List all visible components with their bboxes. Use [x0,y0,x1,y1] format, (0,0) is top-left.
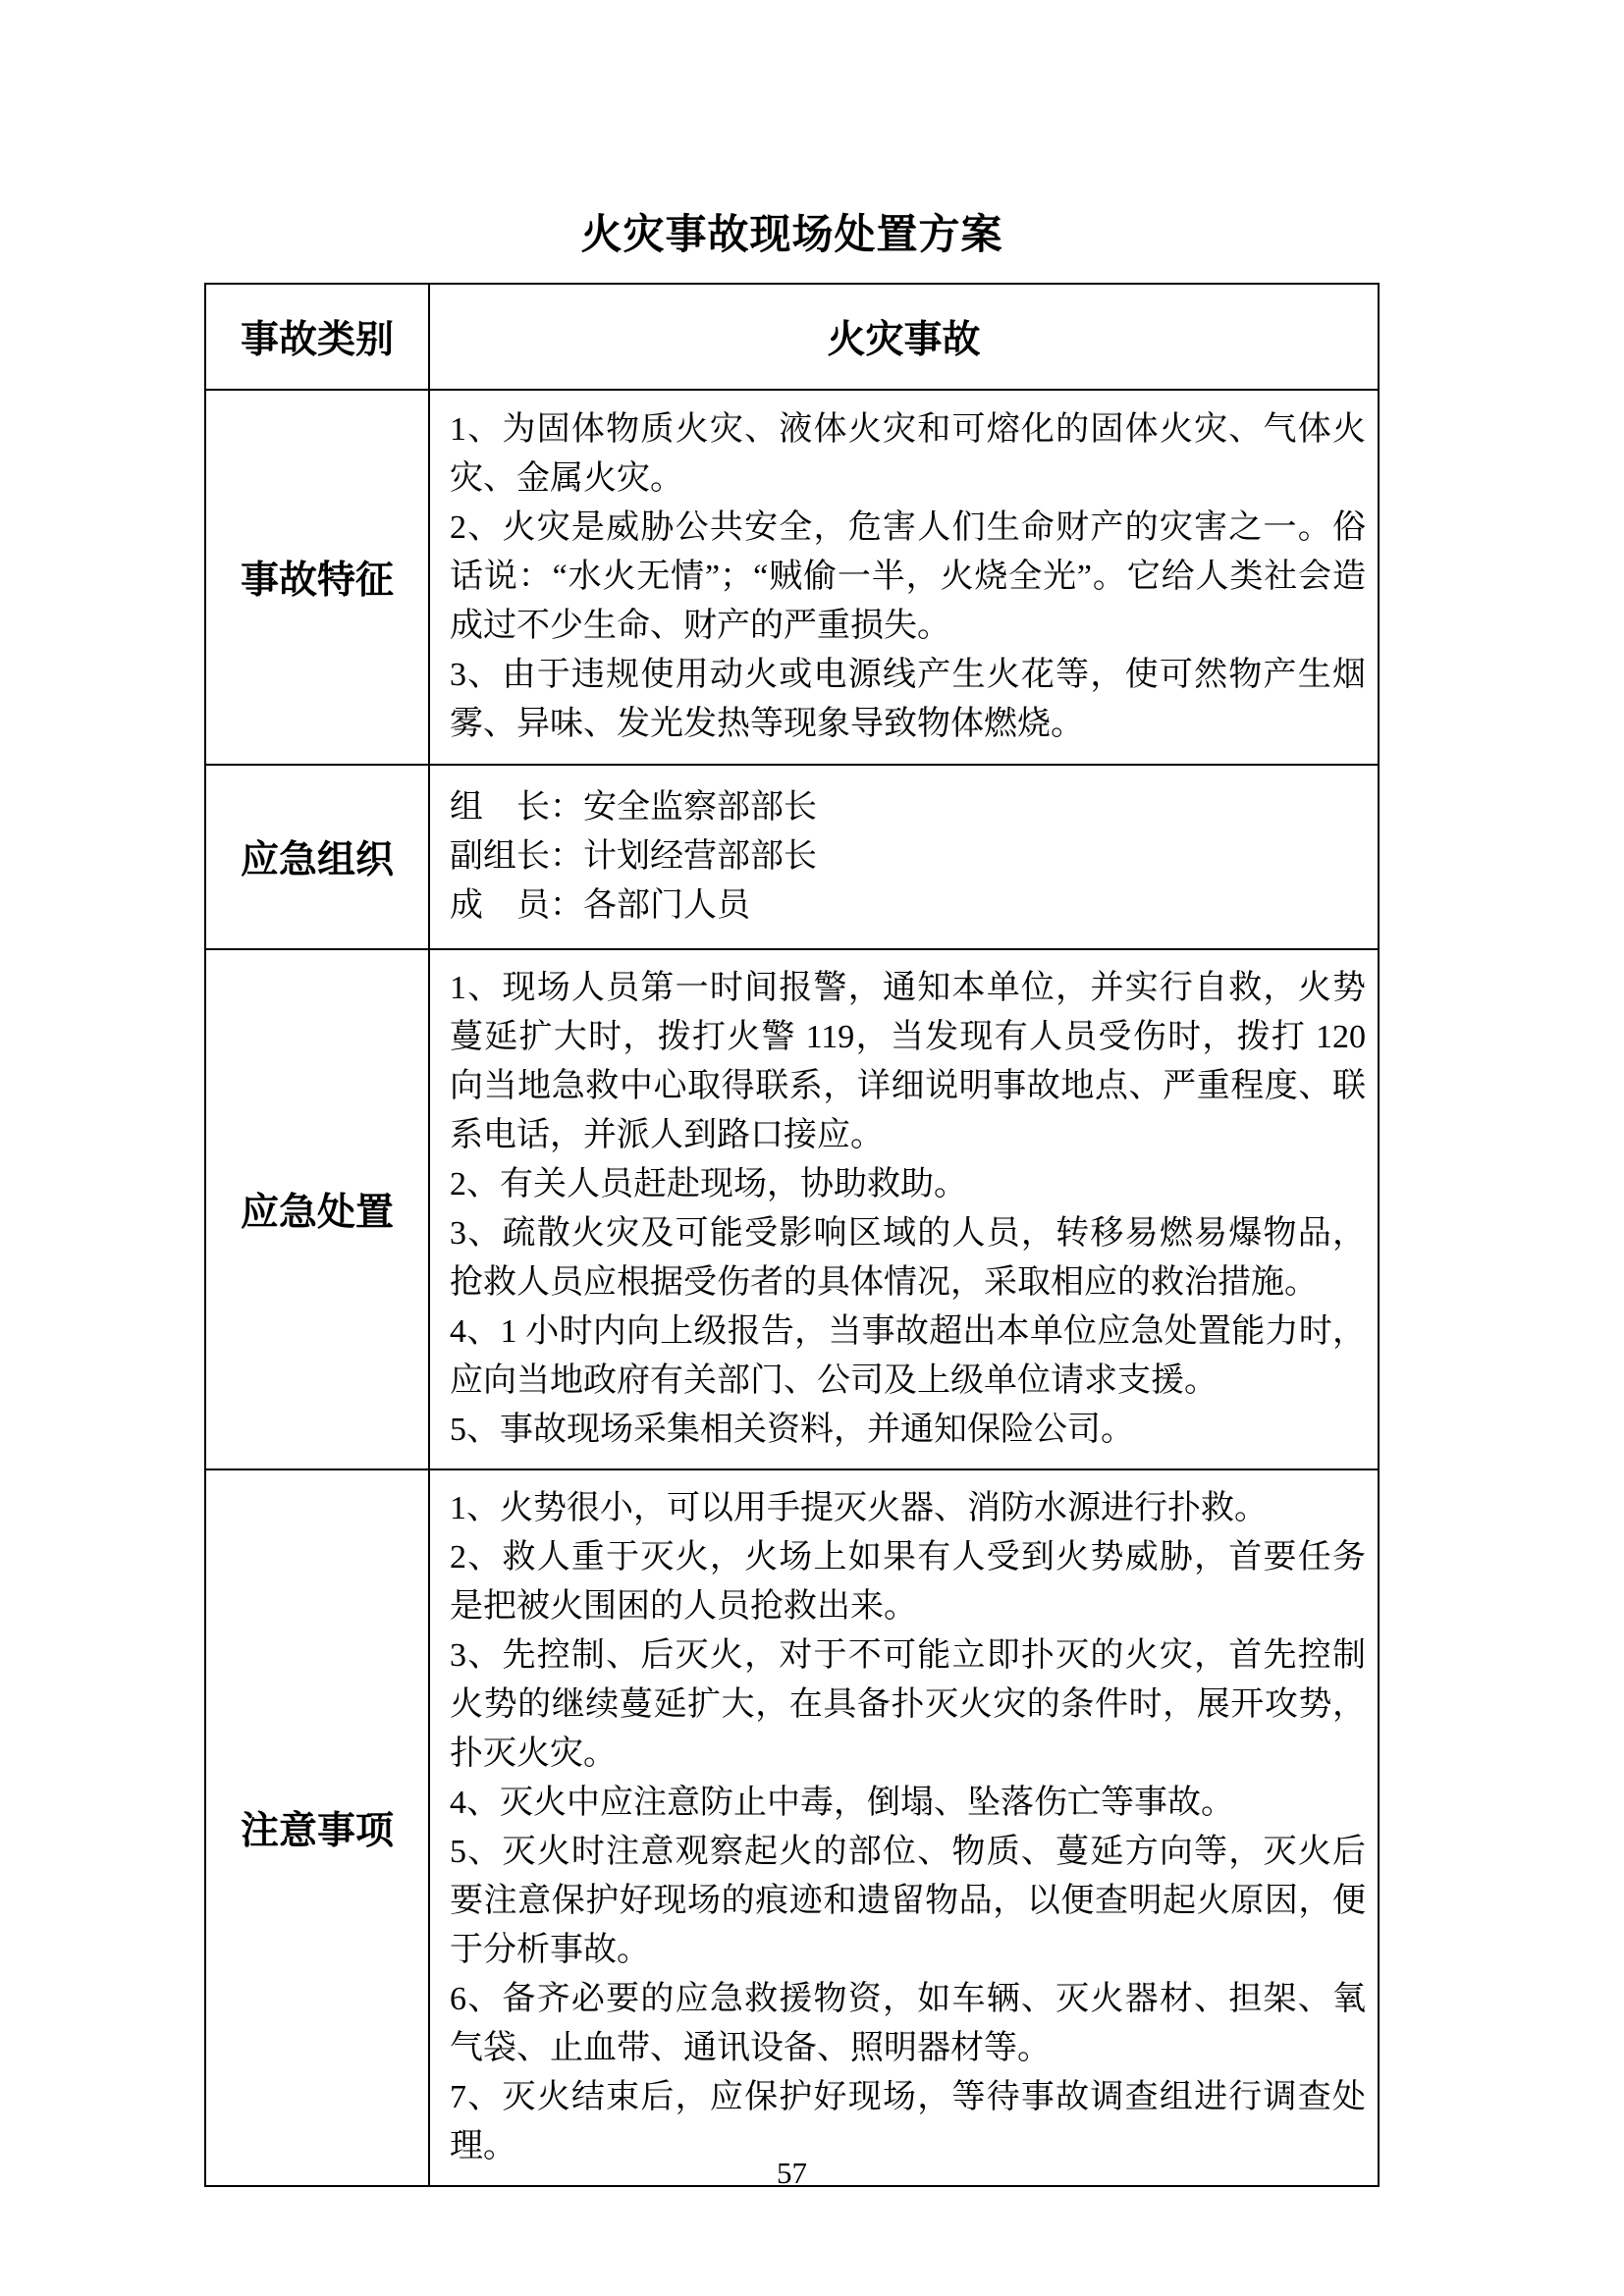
accident-features-content: 1、为固体物质火灾、液体火灾和可熔化的固体火灾、气体火灾、金属火灾。 2、火灾是… [429,390,1379,765]
paragraph: 5、事故现场采集相关资料，并通知保险公司。 [450,1406,1366,1455]
accident-category-label: 事故类别 [205,284,429,390]
precautions-label: 注意事项 [205,1469,429,2186]
emergency-response-label: 应急处置 [205,949,429,1469]
accident-features-label: 事故特征 [205,390,429,765]
paragraph: 3、由于违规使用动火或电源线产生火花等，使可然物产生烟雾、异味、发光发热等现象导… [450,651,1366,749]
page-number: 57 [204,2156,1380,2191]
paragraph: 成 员：各部门人员 [450,881,1366,931]
table-row-emergency-response: 应急处置 1、现场人员第一时间报警，通知本单位，并实行自救，火势蔓延扩大时，拨打… [205,949,1379,1469]
paragraph: 2、救人重于灭火，火场上如果有人受到火势威胁，首要任务是把被火围困的人员抢救出来… [450,1533,1366,1631]
emergency-response-content: 1、现场人员第一时间报警，通知本单位，并实行自救，火势蔓延扩大时，拨打火警 11… [429,949,1379,1469]
paragraph: 5、灭火时注意观察起火的部位、物质、蔓延方向等，灭火后要注意保护好现场的痕迹和遗… [450,1828,1366,1975]
paragraph: 3、疏散火灾及可能受影响区域的人员，转移易燃易爆物品，抢救人员应根据受伤者的具体… [450,1209,1366,1308]
emergency-organization-label: 应急组织 [205,765,429,949]
paragraph: 4、灭火中应注意防止中毒，倒塌、坠落伤亡等事故。 [450,1779,1366,1828]
table-row-emergency-organization: 应急组织 组 长：安全监察部部长 副组长：计划经营部部长 成 员：各部门人员 [205,765,1379,949]
table-row-precautions: 注意事项 1、火势很小，可以用手提灭火器、消防水源进行扑救。 2、救人重于灭火，… [205,1469,1379,2186]
table-row-accident-category: 事故类别 火灾事故 [205,284,1379,390]
document-page: 火灾事故现场处置方案 事故类别 火灾事故 事故特征 1、为固体物质火灾、液体火灾… [0,0,1624,2296]
paragraph: 组 长：安全监察部部长 [450,783,1366,832]
paragraph: 3、先控制、后灭火，对于不可能立即扑灭的火灾，首先控制火势的继续蔓延扩大，在具备… [450,1631,1366,1779]
precautions-content: 1、火势很小，可以用手提灭火器、消防水源进行扑救。 2、救人重于灭火，火场上如果… [429,1469,1379,2186]
paragraph: 1、为固体物质火灾、液体火灾和可熔化的固体火灾、气体火灾、金属火灾。 [450,405,1366,504]
paragraph: 2、火灾是威胁公共安全，危害人们生命财产的灾害之一。俗话说：“水火无情”；“贼偷… [450,504,1366,651]
disposal-plan-table: 事故类别 火灾事故 事故特征 1、为固体物质火灾、液体火灾和可熔化的固体火灾、气… [204,283,1380,2187]
paragraph: 副组长：计划经营部部长 [450,832,1366,881]
table-row-accident-features: 事故特征 1、为固体物质火灾、液体火灾和可熔化的固体火灾、气体火灾、金属火灾。 … [205,390,1379,765]
accident-category-value: 火灾事故 [429,284,1379,390]
emergency-organization-content: 组 长：安全监察部部长 副组长：计划经营部部长 成 员：各部门人员 [429,765,1379,949]
paragraph: 6、备齐必要的应急救援物资，如车辆、灭火器材、担架、氧气袋、止血带、通讯设备、照… [450,1975,1366,2073]
document-title: 火灾事故现场处置方案 [204,202,1380,261]
paragraph: 2、有关人员赶赴现场，协助救助。 [450,1160,1366,1209]
paragraph: 1、现场人员第一时间报警，通知本单位，并实行自救，火势蔓延扩大时，拨打火警 11… [450,964,1366,1160]
paragraph: 1、火势很小，可以用手提灭火器、消防水源进行扑救。 [450,1484,1366,1533]
paragraph: 4、1 小时内向上级报告，当事故超出本单位应急处置能力时，应向当地政府有关部门、… [450,1308,1366,1406]
